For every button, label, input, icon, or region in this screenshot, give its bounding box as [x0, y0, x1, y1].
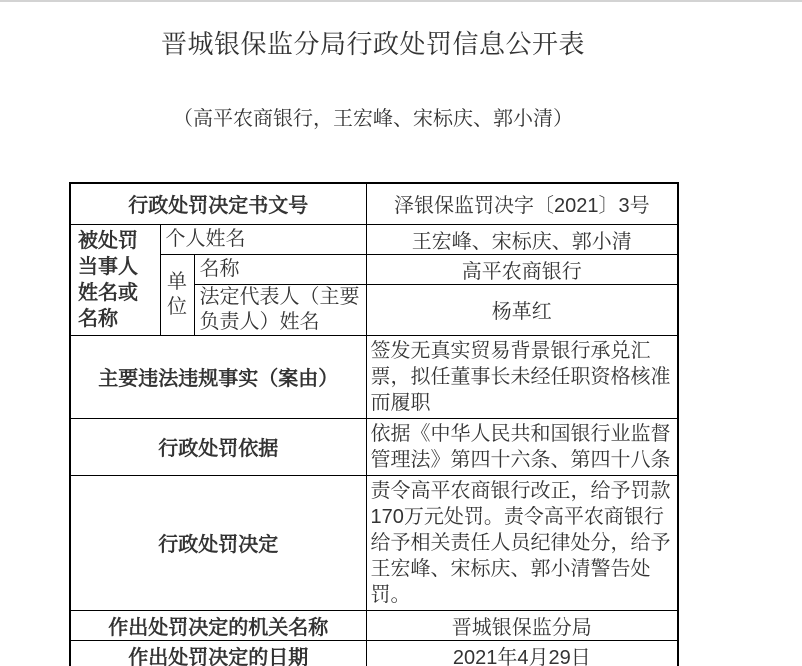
table-row: 单位 名称 高平农商银行	[70, 254, 678, 284]
person-name-label: 个人姓名	[160, 224, 366, 254]
page: { "page": { "title": "晋城银保监分局行政处罚信息公开表",…	[0, 0, 802, 666]
table-row: 被处罚当事人姓名或名称 个人姓名 王宏峰、宋标庆、郭小清	[70, 224, 678, 254]
table-row: 行政处罚依据 依据《中华人民共和国银行业监督管理法》第四十六条、第四十八条	[70, 418, 678, 475]
table-row: 作出处罚决定的日期 2021年4月29日	[70, 640, 678, 666]
legal-rep-value: 杨革红	[366, 284, 678, 335]
authority-label: 作出处罚决定的机关名称	[70, 610, 366, 640]
doc-no-label: 行政处罚决定书文号	[70, 183, 366, 224]
table-row: 行政处罚决定 责令高平农商银行改正，给予罚款170万元处罚。责令高平农商银行给予…	[70, 475, 678, 610]
decision-label: 行政处罚决定	[70, 475, 366, 610]
penalty-table: 行政处罚决定书文号 泽银保监罚决字〔2021〕3号 被处罚当事人姓名或名称 个人…	[69, 182, 679, 666]
facts-value: 签发无真实贸易背景银行承兑汇票，拟任董事长未经任职资格核准而履职	[366, 335, 678, 418]
table-row: 行政处罚决定书文号 泽银保监罚决字〔2021〕3号	[70, 183, 678, 224]
unit-name-value: 高平农商银行	[366, 254, 678, 284]
table-row: 作出处罚决定的机关名称 晋城银保监分局	[70, 610, 678, 640]
page-subtitle: （高平农商银行，王宏峰、宋标庆、郭小清）	[69, 105, 677, 133]
legal-rep-label: 法定代表人（主要负责人）姓名	[194, 284, 366, 335]
decision-value: 责令高平农商银行改正，给予罚款170万元处罚。责令高平农商银行给予相关责任人员纪…	[366, 475, 678, 610]
authority-value: 晋城银保监分局	[366, 610, 678, 640]
page-title: 晋城银保监分局行政处罚信息公开表	[69, 29, 677, 59]
basis-label: 行政处罚依据	[70, 418, 366, 475]
person-name-value: 王宏峰、宋标庆、郭小清	[366, 224, 678, 254]
doc-no-value: 泽银保监罚决字〔2021〕3号	[366, 183, 678, 224]
table-row: 主要违法违规事实（案由） 签发无真实贸易背景银行承兑汇票，拟任董事长未经任职资格…	[70, 335, 678, 418]
date-label: 作出处罚决定的日期	[70, 640, 366, 666]
unit-label: 单位	[160, 254, 194, 335]
basis-value: 依据《中华人民共和国银行业监督管理法》第四十六条、第四十八条	[366, 418, 678, 475]
top-divider	[0, 0, 802, 2]
unit-name-label: 名称	[194, 254, 366, 284]
document-content: 晋城银保监分局行政处罚信息公开表 （高平农商银行，王宏峰、宋标庆、郭小清） 行政…	[69, 29, 677, 666]
date-value: 2021年4月29日	[366, 640, 678, 666]
party-label: 被处罚当事人姓名或名称	[70, 224, 160, 335]
facts-label: 主要违法违规事实（案由）	[70, 335, 366, 418]
